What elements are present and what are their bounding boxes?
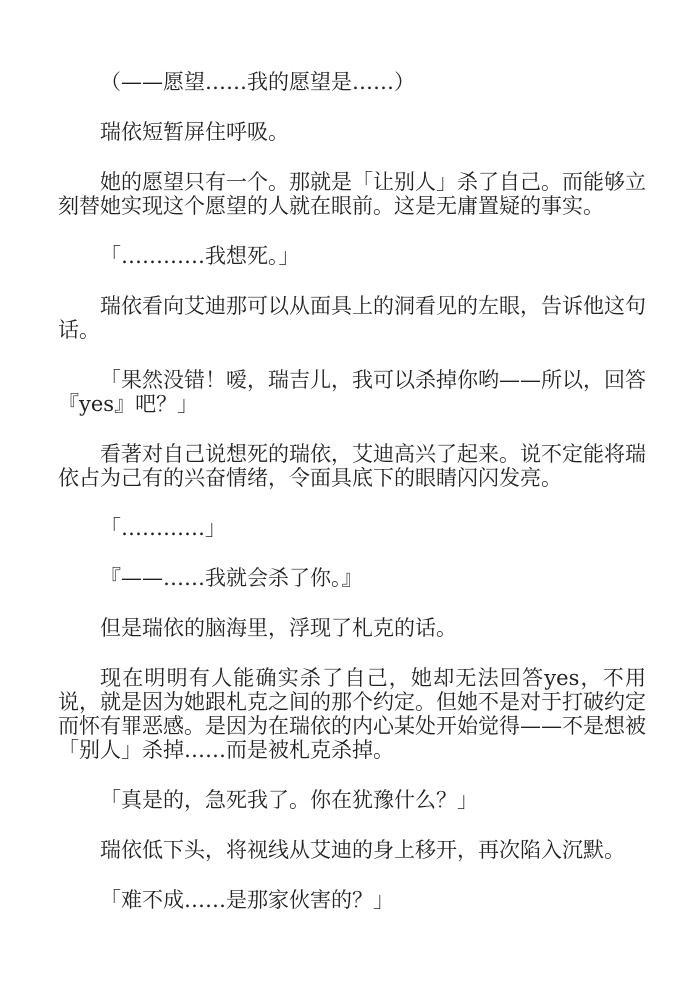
paragraph: 现在明明有人能确实杀了自己，她却无法回答yes，不用说，就是因为她跟札克之间的那… [58,666,646,762]
paragraph: 瑞依低下头，将视线从艾迪的身上移开，再次陷入沉默。 [58,838,646,862]
paragraph: 「真是的，急死我了。你在犹豫什么？」 [58,788,646,812]
novel-page: （——愿望……我的愿望是……）瑞依短暂屏住呼吸。她的愿望只有一个。那就是「让别人… [0,0,700,992]
paragraph: 「难不成……是那家伙害的？」 [58,888,646,912]
paragraph: 瑞依短暂屏住呼吸。 [58,120,646,144]
paragraph: 但是瑞依的脑海里，浮现了札克的话。 [58,616,646,640]
novel-text-content: （——愿望……我的愿望是……）瑞依短暂屏住呼吸。她的愿望只有一个。那就是「让别人… [58,70,646,912]
paragraph: 『——……我就会杀了你。』 [58,566,646,590]
paragraph: （——愿望……我的愿望是……） [58,70,646,94]
paragraph: 「果然没错！嗳，瑞吉儿，我可以杀掉你哟——所以，回答『yes』吧？」 [58,368,646,416]
paragraph: 看著对自己说想死的瑞依，艾迪高兴了起来。说不定能将瑞依占为己有的兴奋情绪，令面具… [58,442,646,490]
paragraph: 瑞依看向艾迪那可以从面具上的洞看见的左眼，告诉他这句话。 [58,294,646,342]
paragraph: 「…………我想死。」 [58,244,646,268]
paragraph: 「…………」 [58,516,646,540]
paragraph: 她的愿望只有一个。那就是「让别人」杀了自己。而能够立刻替她实现这个愿望的人就在眼… [58,170,646,218]
